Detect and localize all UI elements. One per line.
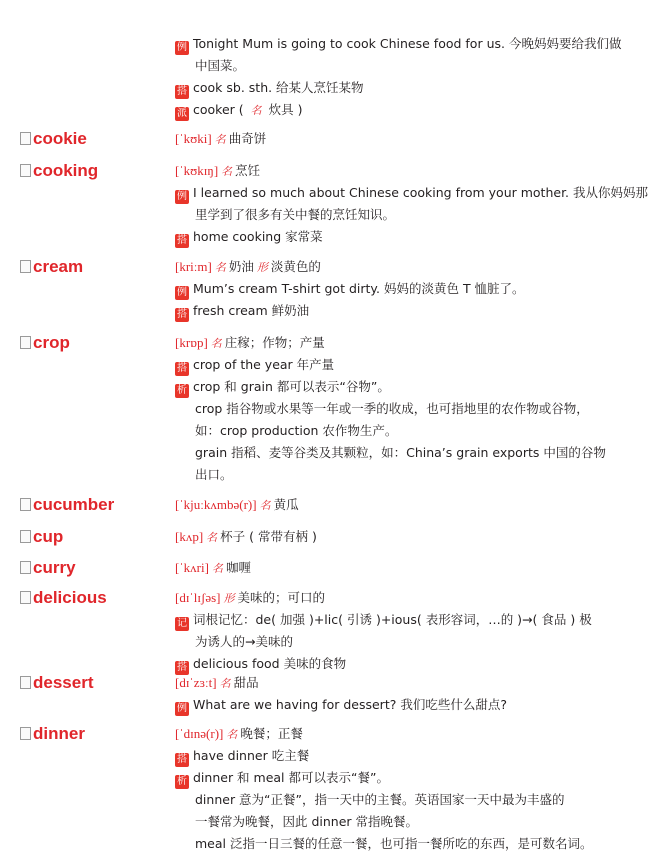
part-of-speech: 形 — [223, 592, 234, 605]
headword: cup — [20, 526, 63, 548]
analysis-line: 析crop 和 grain 都可以表示“谷物”。 — [175, 376, 635, 398]
memory-badge-icon: 记 — [175, 617, 189, 631]
definition-line: [krɒp]名庄稼；作物；产量 — [175, 332, 635, 354]
part-of-speech: 名 — [260, 499, 271, 512]
headword: dessert — [20, 672, 93, 694]
analysis-line-continued: 如：crop production 农作物生产。 — [175, 420, 635, 442]
example-line-continued: 里学到了很多有关中餐的烹饪知识。 — [175, 204, 635, 226]
part-of-speech: 名 — [212, 562, 223, 575]
part-of-speech: 名 — [215, 261, 226, 274]
phonetic: [ˈkjuːkʌmbə(r)] — [175, 497, 257, 512]
example-line: 例What are we having for dessert? 我们吃些什么甜… — [175, 694, 635, 716]
checkbox-icon[interactable] — [20, 498, 31, 511]
analysis-badge-icon: 析 — [175, 384, 189, 398]
memory-line-continued: 为诱人的→美味的 — [175, 631, 635, 653]
definition-line: [ˈkʊki]名曲奇饼 — [175, 128, 635, 150]
checkbox-icon[interactable] — [20, 260, 31, 273]
memory-line: 记词根记忆：de( 加强 )+lic( 引诱 )+ious( 表形容词，…的 )… — [175, 609, 635, 631]
checkbox-icon[interactable] — [20, 336, 31, 349]
phonetic: [ˈkʌri] — [175, 560, 209, 575]
example-line: 例Mum’s cream T-shirt got dirty. 妈妈的淡黄色 T… — [175, 278, 635, 300]
phonetic: [kriːm] — [175, 259, 212, 274]
definition-line: [kriːm]名奶油形淡黄色的 — [175, 256, 635, 278]
collocation-badge-icon: 搭 — [175, 85, 189, 99]
checkbox-icon[interactable] — [20, 164, 31, 177]
example-line-continued: 中国菜。 — [175, 55, 635, 77]
analysis-line-continued: grain 指稻、麦等谷类及其颗粒，如：China’s grain export… — [175, 442, 635, 464]
phonetic: [dɪˈzɜːt] — [175, 675, 217, 690]
headword: cooking — [20, 160, 98, 182]
headword: curry — [20, 557, 76, 579]
part-of-speech: 形 — [257, 261, 268, 274]
analysis-line-continued: crop 指谷物或水果等一年或一季的收成，也可指地里的农作物或谷物， — [175, 398, 635, 420]
part-of-speech: 名 — [211, 337, 222, 350]
phonetic: [kʌp] — [175, 529, 203, 544]
checkbox-icon[interactable] — [20, 727, 31, 740]
headword: crop — [20, 332, 70, 354]
headword: cream — [20, 256, 83, 278]
headword: dinner — [20, 723, 85, 745]
collocation-line: 搭home cooking 家常菜 — [175, 226, 635, 248]
phonetic: [ˈdɪnə(r)] — [175, 726, 223, 741]
collocation-badge-icon: 搭 — [175, 308, 189, 322]
example-badge-icon: 例 — [175, 41, 189, 55]
definition-line: [ˈdɪnə(r)]名晚餐；正餐 — [175, 723, 635, 745]
checkbox-icon[interactable] — [20, 561, 31, 574]
part-of-speech: 名 — [220, 677, 231, 690]
definition-line: [dɪˈlɪʃəs]形美味的；可口的 — [175, 587, 635, 609]
derivative-badge-icon: 派 — [175, 107, 189, 121]
headword: cookie — [20, 128, 87, 150]
checkbox-icon[interactable] — [20, 676, 31, 689]
definition-line: [dɪˈzɜːt]名甜品 — [175, 672, 635, 694]
part-of-speech: 名 — [221, 165, 232, 178]
analysis-line-continued: dinner 意为“正餐”，指一天中的主餐。英语国家一天中最为丰盛的 — [175, 789, 635, 811]
checkbox-icon[interactable] — [20, 591, 31, 604]
definition-line: [ˈkʊkɪŋ]名烹饪 — [175, 160, 635, 182]
part-of-speech: 名 — [226, 728, 237, 741]
definition-line: [kʌp]名杯子 ( 常带有柄 ) — [175, 526, 635, 548]
headword: cucumber — [20, 494, 114, 516]
example-badge-icon: 例 — [175, 190, 189, 204]
phonetic: [krɒp] — [175, 335, 208, 350]
part-of-speech: 名 — [251, 104, 262, 117]
example-badge-icon: 例 — [175, 286, 189, 300]
collocation-badge-icon: 搭 — [175, 362, 189, 376]
collocation-line: 搭have dinner 吃主餐 — [175, 745, 635, 767]
collocation-line: 搭crop of the year 年产量 — [175, 354, 635, 376]
phonetic: [dɪˈlɪʃəs] — [175, 590, 220, 605]
example-line: 例I learned so much about Chinese cooking… — [175, 182, 635, 204]
checkbox-icon[interactable] — [20, 132, 31, 145]
checkbox-icon[interactable] — [20, 530, 31, 543]
part-of-speech: 名 — [215, 133, 226, 146]
vocabulary-page: 例Tonight Mum is going to cook Chinese fo… — [0, 0, 654, 852]
collocation-line: 搭fresh cream 鲜奶油 — [175, 300, 635, 322]
definition-line: [ˈkjuːkʌmbə(r)]名黄瓜 — [175, 494, 635, 516]
collocation-badge-icon: 搭 — [175, 753, 189, 767]
derivative-line: 派cooker ( 名 炊具 ) — [175, 99, 635, 121]
collocation-badge-icon: 搭 — [175, 234, 189, 248]
analysis-line-continued: 出口。 — [175, 464, 635, 486]
part-of-speech: 名 — [206, 531, 217, 544]
phonetic: [ˈkʊkɪŋ] — [175, 163, 218, 178]
example-badge-icon: 例 — [175, 702, 189, 716]
example-line: 例Tonight Mum is going to cook Chinese fo… — [175, 33, 635, 55]
analysis-line: 析dinner 和 meal 都可以表示“餐”。 — [175, 767, 635, 789]
analysis-badge-icon: 析 — [175, 775, 189, 789]
definition-line: [ˈkʌri]名咖喱 — [175, 557, 635, 579]
analysis-line-continued: 一餐常为晚餐，因此 dinner 常指晚餐。 — [175, 811, 635, 833]
collocation-line: 搭cook sb. sth. 给某人烹饪某物 — [175, 77, 635, 99]
analysis-line-continued: meal 泛指一日三餐的任意一餐，也可指一餐所吃的东西，是可数名词。 — [175, 833, 635, 852]
phonetic: [ˈkʊki] — [175, 131, 212, 146]
headword: delicious — [20, 587, 107, 609]
